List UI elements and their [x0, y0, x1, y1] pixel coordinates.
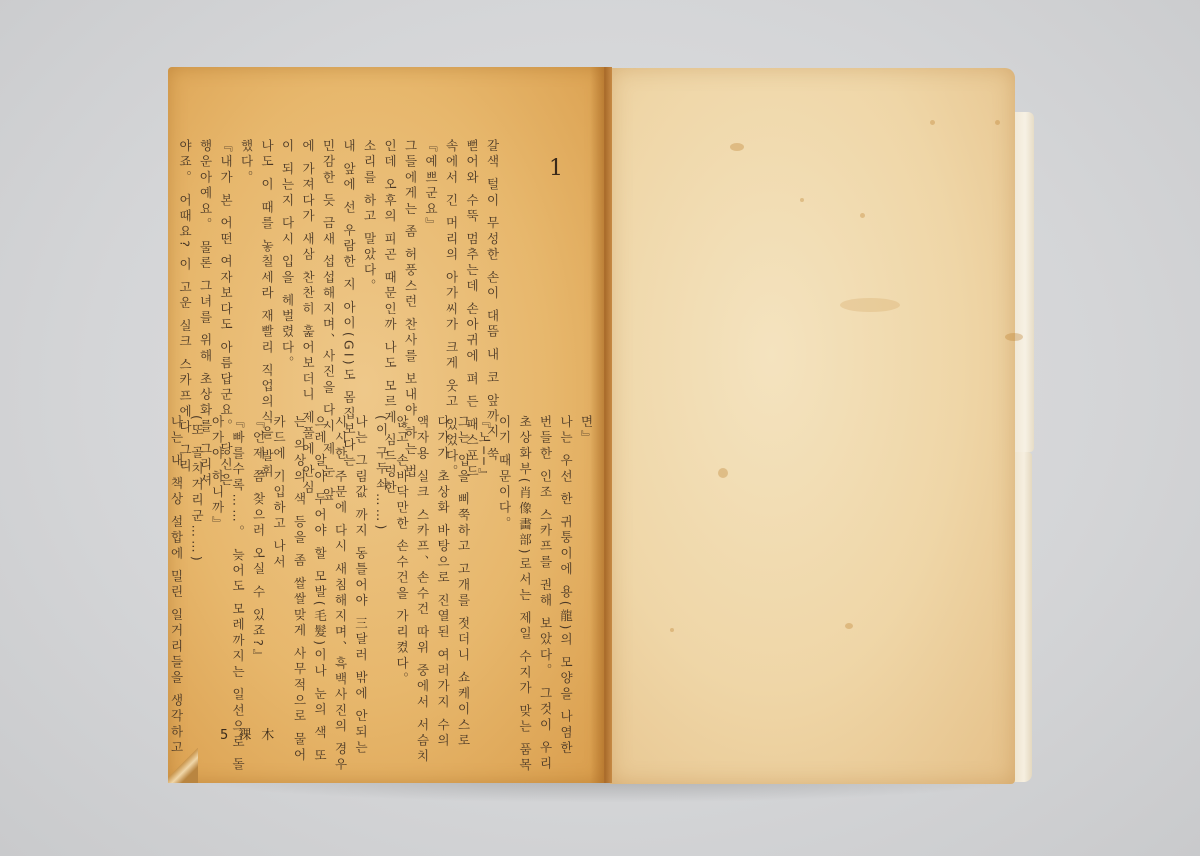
text-column: 나도 이 때를 놓칠세라 재빨리 직업의식을 발휘: [256, 139, 277, 387]
page-folio: 5裸木: [220, 724, 284, 743]
text-column: 야죠。 어때요? 이 고운 실크 스카프에다 그리: [174, 139, 195, 387]
text-column: 번들한 인조 스카프를 권해 보았다。 그것이 우리: [535, 415, 556, 705]
page-number: 5: [220, 728, 238, 743]
text-column: 소리를 하고 말았다。: [359, 139, 380, 387]
text-column: 『노──』: [473, 415, 494, 705]
foxing-stain: [995, 120, 1000, 125]
text-column: 초상화부(肖像畵部)로서는 제일 수지가 맞는 품목: [514, 415, 535, 705]
text-column: 『빠를수록……。 늦어도 모레까지는 일선으로 돌: [227, 415, 248, 705]
foxing-stain: [845, 623, 853, 629]
text-column: 않고 손바닥만한 손수건을 가리켰다。: [391, 415, 412, 705]
text-column: 나는 내 책상 설합에 밀린 일거리들을 생각하고: [168, 415, 186, 705]
foxing-stain: [800, 198, 804, 202]
text-column: 이기 때문이다。: [494, 415, 515, 705]
text-column: 했다。: [236, 139, 257, 387]
text-column: 다가가 초상화 바탕으로 진열된 여러가지 수의: [432, 415, 453, 705]
running-title: 裸木: [238, 728, 284, 743]
foxing-stain: [1005, 333, 1023, 341]
foxing-stain: [930, 120, 935, 125]
text-column: 갈색 털이 무성한 손이 대뜸 내 코 앞까지 쑥: [482, 139, 503, 387]
text-column: 행운아예요。 물론 그녀를 위해 초상화를 그리셔: [195, 139, 216, 387]
left-page-text: 1 갈색 털이 무성한 손이 대뜸 내 코 앞까지 쑥 뻗어와 수뚝 멈추는데 …: [168, 67, 604, 783]
text-column: 카드에 기입하고 나서: [268, 415, 289, 705]
text-column: 면』: [576, 415, 597, 705]
text-column: (또 골치거리군……): [186, 415, 207, 705]
text-column: 시시한 주문에 다시 새침해지며、흑백사진의 경우: [330, 415, 351, 705]
text-column: 『언제 쯤 찾으러 오실 수 있죠?』: [248, 415, 269, 705]
text-column: (이 구두쇠……): [371, 415, 392, 705]
right-page-blank: [610, 68, 1015, 784]
text-column: 는 의상의 색 등을 좀 쌀쌀맞게 사무적으로 물어: [289, 415, 310, 705]
text-column: 인데 오후의 피곤 때문인까 나도 모르게 심드렁한: [379, 139, 400, 387]
foxing-stain: [860, 213, 865, 218]
text-column: 으레 알아 두어야 할 모발(毛髮)이나 눈의 색 또: [309, 415, 330, 705]
water-stain: [840, 298, 900, 312]
text-column: 나는 우선 한 귀퉁이에 용(龍)의 모양을 나염한: [555, 415, 576, 705]
torn-corner: [168, 748, 198, 783]
text-column: 에 가져다가 새삼 찬찬히 훑어보더니 제풀에 안심: [297, 139, 318, 387]
foxing-stain: [670, 628, 674, 632]
text-block-upper: 갈색 털이 무성한 손이 대뜸 내 코 앞까지 쑥 뻗어와 수뚝 멈추는데 손아…: [176, 139, 502, 387]
text-column: 내 앞에 선 우람한 지 아이(GI)도 몸집보다는: [338, 139, 359, 387]
foxing-stain: [718, 468, 728, 478]
chapter-number: 1: [549, 156, 563, 181]
text-column: 『예쁘군요』: [420, 139, 441, 387]
text-column: 뻗어와 수뚝 멈추는데 손아귀에 펴 든 패스포드: [461, 139, 482, 387]
text-block-lower: 면』 나는 우선 한 귀퉁이에 용(龍)의 모양을 나염한 번들한 인조 스카프…: [176, 415, 596, 705]
text-column: 『내가 본 어떤 여자보다도 아름답군요。 당신은: [215, 139, 236, 387]
text-column: 아가야 하니까』: [207, 415, 228, 705]
text-column: 민감한 듯 금새 섭섭해지며、사진을 다시 제 눈 앞: [318, 139, 339, 387]
text-column: 이 되는지 다시 입을 헤벌렸다。: [277, 139, 298, 387]
text-column: 속에서 긴 머리의 아가씨가 크게 웃고 있었다。: [441, 139, 462, 387]
text-column: 그는 입을 삐쭉하고 고개를 젓더니 쇼케이스로: [453, 415, 474, 705]
text-column: 나는 그림값 까지 동틀어야 三달러 밖에 안되는: [350, 415, 371, 705]
text-column: 그들에게는 좀 허풍스런 찬사를 보내야 하는 법: [400, 139, 421, 387]
foxing-stain: [730, 143, 744, 151]
page-edge-lower: [1012, 452, 1032, 782]
page-edge-upper: [1012, 112, 1034, 452]
text-column: 액자용 실크 스카프、손수건 따위 중에서 서슴치: [412, 415, 433, 705]
